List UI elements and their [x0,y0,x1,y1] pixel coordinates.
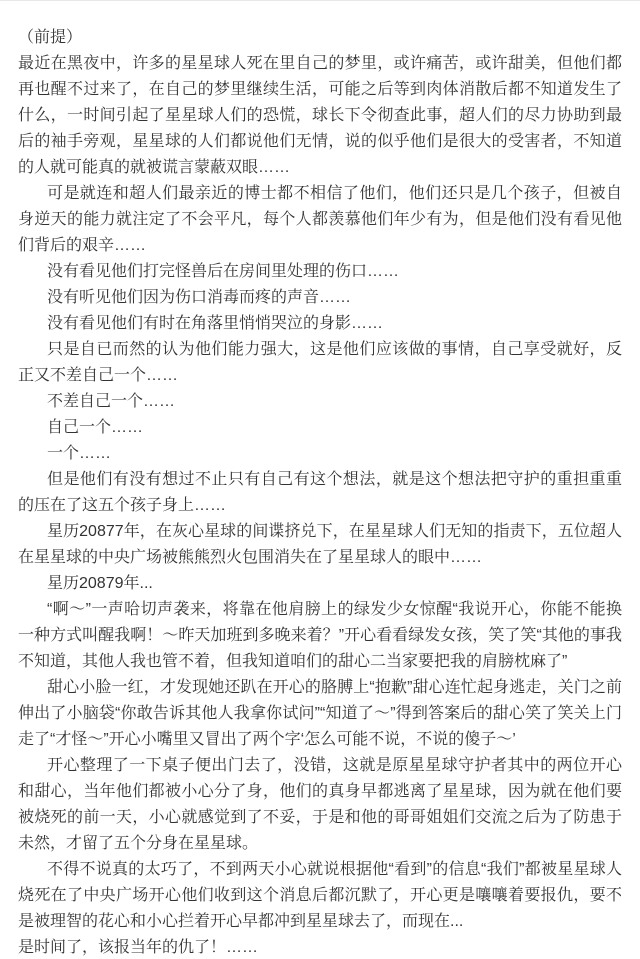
document-heading: （前提） [18,25,622,51]
paragraph: 甜心小脸一红，才发现她还趴在开心的胳膊上“抱歉”甜心连忙起身逃走，关门之前伸出了… [18,675,622,753]
paragraph: 一个…… [18,441,622,467]
paragraph: 最近在黑夜中，许多的星星球人死在里自己的梦里，或许痛苦，或许甜美，但他们都再也醒… [18,51,622,181]
paragraph: 没有看见他们有时在角落里悄悄哭泣的身影…… [18,311,622,337]
document-body: （前提） 最近在黑夜中，许多的星星球人死在里自己的梦里，或许痛苦，或许甜美，但他… [0,1,640,959]
paragraph: 不得不说真的太巧了，不到两天小心就说根据他“看到”的信息“我们”都被星星球人烧死… [18,857,622,935]
paragraph: 开心整理了一下桌子便出门去了，没错，这就是原星星球守护者其中的两位开心和甜心，当… [18,753,622,857]
paragraph: 但是他们有没有想过不止只有自己有这个想法，就是这个想法把守护的重担重重的压在了这… [18,467,622,519]
paragraph: 只是自已而然的认为他们能力强大，这是他们应该做的事情，自己享受就好，反正又不差自… [18,337,622,389]
paragraph: 自己一个…… [18,415,622,441]
paragraph: 星历20879年... [18,571,622,597]
paragraph-container: 最近在黑夜中，许多的星星球人死在里自己的梦里，或许痛苦，或许甜美，但他们都再也醒… [18,51,622,959]
paragraph: 没有听见他们因为伤口消毒而疼的声音…… [18,285,622,311]
novel-reader-page: （前提） 最近在黑夜中，许多的星星球人死在里自己的梦里，或许痛苦，或许甜美，但他… [0,0,640,959]
paragraph: 星历20877年，在灰心星球的间谍挤兑下，在星星球人们无知的指责下，五位超人在星… [18,519,622,571]
paragraph: 是时间了，该报当年的仇了！…… [18,935,622,959]
paragraph: 不差自己一个…… [18,389,622,415]
paragraph: 可是就连和超人们最亲近的博士都不相信了他们，他们还只是几个孩子，但被自身逆天的能… [18,181,622,259]
paragraph: “啊～”一声哈切声袭来，将靠在他肩膀上的绿发少女惊醒“我说开心，你能不能换一种方… [18,597,622,675]
paragraph: 没有看见他们打完怪兽后在房间里处理的伤口…… [18,259,622,285]
